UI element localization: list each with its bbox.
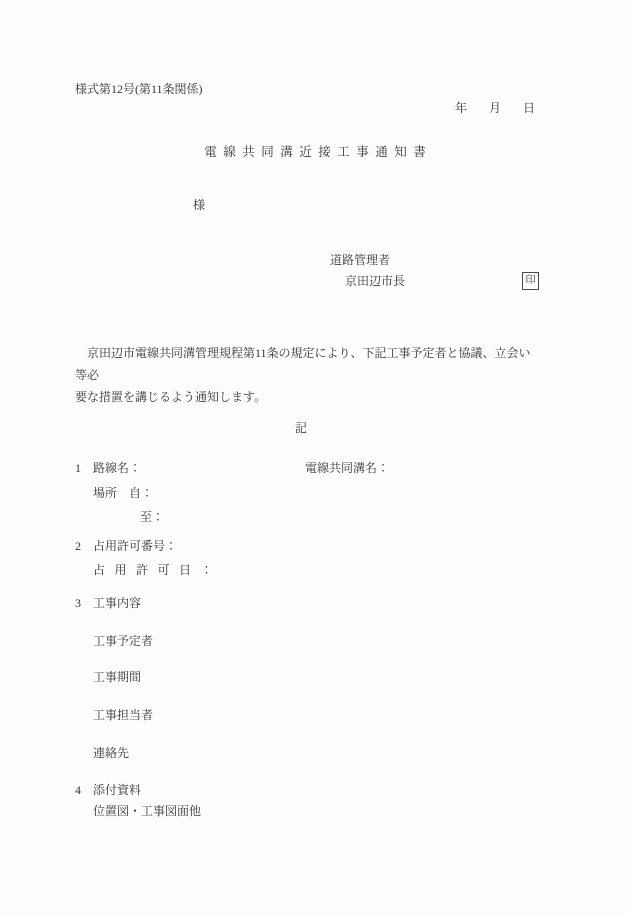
construction-content-label: 工事内容 (93, 596, 141, 611)
body-paragraph: 京田辺市電線共同溝管理規程第11条の規定により、下記工事予定者と協議、立会い等必… (75, 342, 537, 408)
permit-date-label: 占用許可日： (93, 563, 222, 578)
form-number: 様式第12号(第11条関係) (75, 82, 203, 97)
attachments-label: 添付資料 (93, 783, 141, 798)
attachment-detail-label: 位置図・工事図面他 (93, 804, 201, 819)
section-3-number: 3 (75, 596, 93, 611)
section-4-number: 4 (75, 783, 93, 798)
paragraph-line-1: 京田辺市電線共同溝管理規程第11条の規定により、下記工事予定者と協議、立会い等必 (75, 342, 537, 386)
section-2-row: 2 占用許可番号： (75, 539, 177, 554)
section-1-row: 1 路線名： (75, 461, 141, 476)
section-3-row: 3 工事内容 (75, 596, 141, 611)
issuer-role: 道路管理者 (330, 253, 390, 268)
document-page: 様式第12号(第11条関係) 年 月 日 電線共同溝近接工事通知書 様 道路管理… (0, 0, 630, 915)
year-label: 年 (455, 101, 467, 116)
place-from-label: 場所 自： (93, 486, 153, 501)
route-name-label: 路線名： (93, 461, 141, 476)
month-label: 月 (489, 101, 501, 116)
place-to-label: 至： (140, 510, 164, 525)
seal-label: 印 (526, 276, 536, 286)
construction-manager-label: 工事担当者 (93, 708, 153, 723)
document-title: 電線共同溝近接工事通知書 (0, 145, 630, 160)
addressee-suffix: 様 (193, 198, 205, 213)
duct-name-label: 電線共同溝名： (305, 461, 389, 476)
date-line: 年 月 日 (455, 101, 535, 116)
contact-info-label: 連絡先 (93, 746, 129, 761)
permit-number-label: 占用許可番号： (93, 539, 177, 554)
issuer-name: 京田辺市長 (345, 274, 405, 289)
day-label: 日 (523, 101, 535, 116)
section-4-row: 4 添付資料 (75, 783, 141, 798)
construction-period-label: 工事期間 (93, 670, 141, 685)
paragraph-line-2: 要な措置を講じるよう通知します。 (75, 386, 537, 408)
seal-box: 印 (522, 272, 539, 290)
construction-planner-label: 工事予定者 (93, 634, 153, 649)
record-heading: 記 (0, 421, 602, 436)
section-1-number: 1 (75, 461, 93, 476)
section-2-number: 2 (75, 539, 93, 554)
